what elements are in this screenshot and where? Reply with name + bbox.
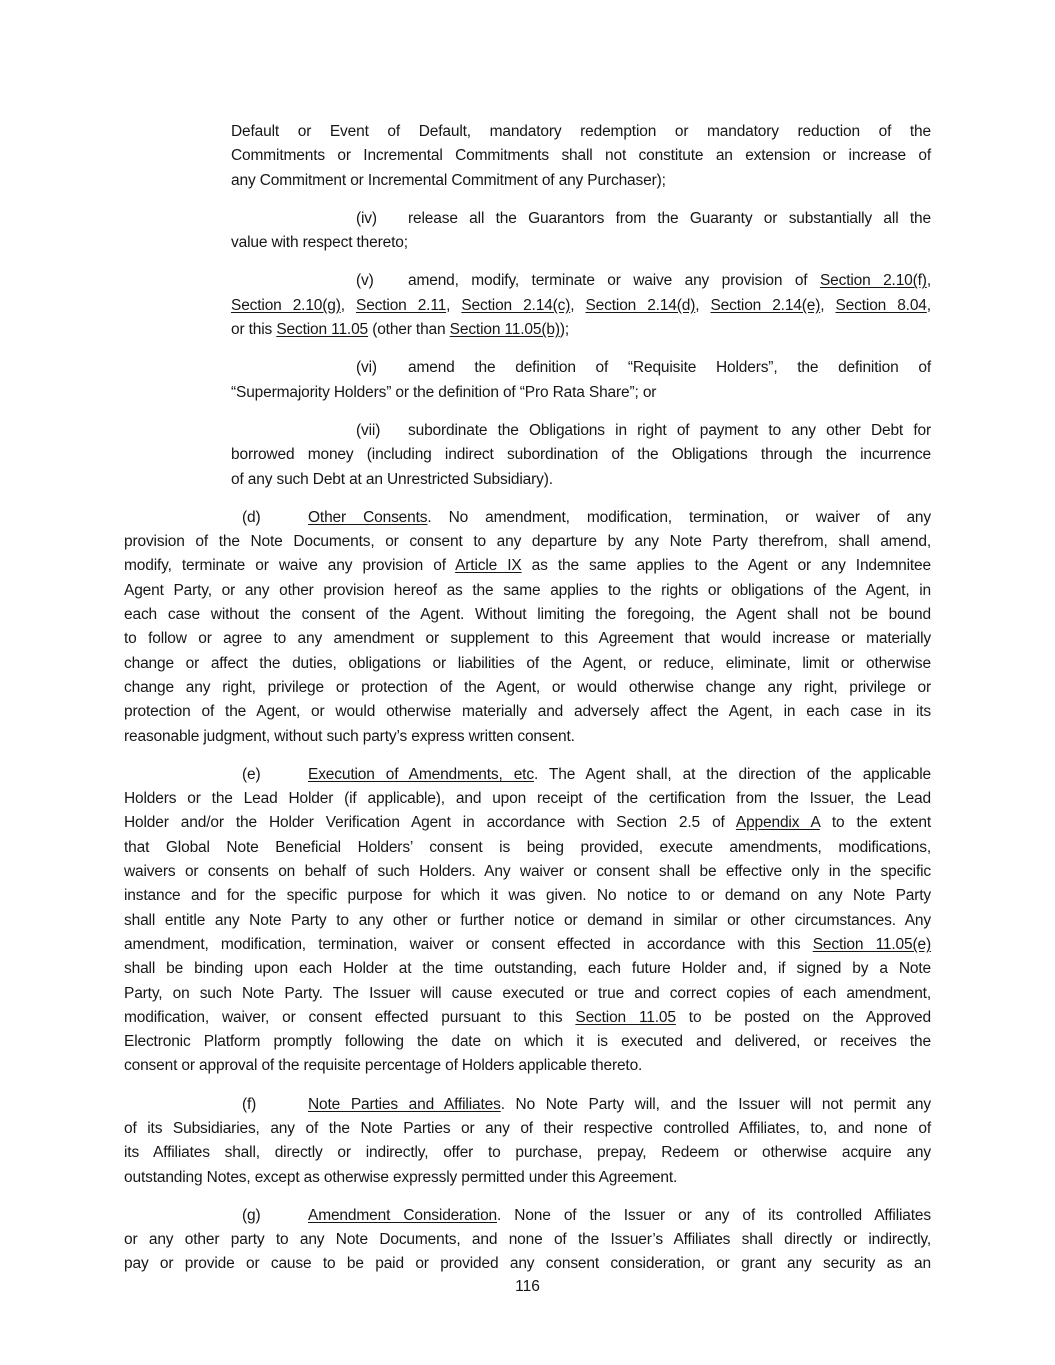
text-run: subordinate the Obligations in right of … [408,422,931,439]
text-run: provision of the Note Documents, or cons… [124,533,931,550]
clause-label: (e) [242,763,308,787]
text-line: “Supermajority Holders” or the definitio… [231,381,931,405]
text-run: , [820,297,835,314]
text-run: shall be binding upon each Holder at the… [124,960,931,977]
clause-label: (iv) [356,207,408,231]
clause-label: (d) [242,506,308,530]
text-run: borrowed money (including indirect subor… [231,446,931,463]
text-line: (vi)amend the definition of “Requisite H… [231,356,931,380]
text-run: . No Note Party will, and the Issuer wil… [501,1096,931,1113]
clause-label: (g) [242,1204,308,1228]
underlined-reference: Section 2.14(e) [710,297,820,314]
text-line: or any other party to any Note Documents… [124,1228,931,1252]
text-run: Agent Party, or any other provision here… [124,582,931,599]
underlined-reference: Article IX [455,557,521,574]
underlined-reference: Section 2.10(g) [231,297,341,314]
text-line: change or affect the duties, obligations… [124,652,931,676]
paragraph-clause-vii: (vii)subordinate the Obligations in righ… [231,419,931,492]
text-run: Commitments or Incremental Commitments s… [231,147,931,164]
text-run: Holders or the Lead Holder (if applicabl… [124,790,931,807]
text-line: Default or Event of Default, mandatory r… [231,120,931,144]
text-run: , [341,297,356,314]
text-run: or any other party to any Note Documents… [124,1231,931,1248]
text-run: (other than [368,321,450,338]
text-line: provision of the Note Documents, or cons… [124,530,931,554]
text-run: , [927,297,931,314]
text-line: pay or provide or cause to be paid or pr… [124,1252,931,1276]
text-run: of any such Debt at an Unrestricted Subs… [231,471,553,488]
underlined-reference: Section 2.14(d) [585,297,695,314]
paragraph-clause-iv: (iv)release all the Guarantors from the … [231,207,931,256]
text-line: (vii)subordinate the Obligations in righ… [231,419,931,443]
page-number: 116 [0,1278,1055,1296]
underlined-reference: Section 11.05 [575,1009,675,1026]
text-run: instance and for the specific purpose fo… [124,887,931,904]
paragraph-clause-d-other-consents: (d)Other Consents. No amendment, modific… [124,506,931,749]
text-run: to be posted on the Approved [676,1009,931,1026]
text-line: any Commitment or Incremental Commitment… [231,169,931,193]
text-line: value with respect thereto; [231,231,931,255]
text-run: each case without the consent of the Age… [124,606,931,623]
text-run: reasonable judgment, without such party’… [124,728,575,745]
underlined-reference: Section 11.05 [276,321,368,338]
text-run: release all the Guarantors from the Guar… [408,210,931,227]
text-line: that Global Note Beneficial Holders’ con… [124,836,931,860]
text-line: (g)Amendment Consideration. None of the … [124,1204,931,1228]
text-run: or this [231,321,276,338]
text-run: that Global Note Beneficial Holders’ con… [124,839,931,856]
text-line: each case without the consent of the Age… [124,603,931,627]
text-run: , [695,297,710,314]
text-run: , [927,272,931,289]
text-run: . No amendment, modification, terminatio… [427,509,931,526]
text-run: pay or provide or cause to be paid or pr… [124,1255,931,1272]
paragraph-clause-g-amendment-consideration: (g)Amendment Consideration. None of the … [124,1204,931,1277]
clause-label: (vii) [356,419,408,443]
text-run: “Supermajority Holders” or the definitio… [231,384,656,401]
text-line: Holders or the Lead Holder (if applicabl… [124,787,931,811]
text-run: change or affect the duties, obligations… [124,655,931,672]
text-run: amend the definition of “Requisite Holde… [408,359,931,376]
text-line: Electronic Platform promptly following t… [124,1030,931,1054]
underlined-reference: Section 2.10(f) [820,272,927,289]
text-line: Party, on such Note Party. The Issuer wi… [124,982,931,1006]
indent-spacer [231,222,356,223]
text-line: its Affiliates shall, directly or indire… [124,1141,931,1165]
indent-spacer [124,1219,242,1220]
paragraph-clause-vi: (vi)amend the definition of “Requisite H… [231,356,931,405]
text-run: modify, terminate or waive any provision… [124,557,455,574]
text-line: or this Section 11.05 (other than Sectio… [231,318,931,342]
underlined-reference: Section 11.05(e) [813,936,931,953]
text-line: borrowed money (including indirect subor… [231,443,931,467]
text-run: consent or approval of the requisite per… [124,1057,642,1074]
text-line: (v)amend, modify, terminate or waive any… [231,269,931,293]
text-line: modify, terminate or waive any provision… [124,554,931,578]
text-run: Party, on such Note Party. The Issuer wi… [124,985,931,1002]
text-run: value with respect thereto; [231,234,408,251]
text-run: as the same applies to the Agent or any … [522,557,931,574]
text-line: Holder and/or the Holder Verification Ag… [124,811,931,835]
indent-spacer [231,434,356,435]
text-line: (f)Note Parties and Affiliates. No Note … [124,1093,931,1117]
text-run: of its Subsidiaries, any of the Note Par… [124,1120,931,1137]
text-line: shall entitle any Note Party to any othe… [124,909,931,933]
text-run: outstanding Notes, except as otherwise e… [124,1169,677,1186]
text-run: . The Agent shall, at the direction of t… [534,766,931,783]
paragraph-clause-iii-continuation: Default or Event of Default, mandatory r… [231,120,931,193]
text-run: modification, waiver, or consent effecte… [124,1009,575,1026]
text-line: modification, waiver, or consent effecte… [124,1006,931,1030]
indent-spacer [124,1108,242,1109]
paragraph-clause-e-execution-of-amendments: (e)Execution of Amendments, etc. The Age… [124,763,931,1079]
underlined-reference: Execution of Amendments, etc [308,766,534,783]
text-run: to the extent [820,814,931,831]
text-run: ); [560,321,569,338]
text-line: of its Subsidiaries, any of the Note Par… [124,1117,931,1141]
clause-label: (f) [242,1093,308,1117]
text-run: Holder and/or the Holder Verification Ag… [124,814,736,831]
clause-label: (vi) [356,356,408,380]
text-run: change any right, privilege or protectio… [124,679,931,696]
underlined-reference: Other Consents [308,509,427,526]
text-run: Default or Event of Default, mandatory r… [231,123,931,140]
text-line: (d)Other Consents. No amendment, modific… [124,506,931,530]
text-line: to follow or agree to any amendment or s… [124,627,931,651]
text-run: waivers or consents on behalf of such Ho… [124,863,931,880]
clause-label: (v) [356,269,408,293]
text-line: Section 2.10(g), Section 2.11, Section 2… [231,294,931,318]
text-line: (e)Execution of Amendments, etc. The Age… [124,763,931,787]
indent-spacer [231,371,356,372]
text-line: protection of the Agent, or would otherw… [124,700,931,724]
text-run: to follow or agree to any amendment or s… [124,630,931,647]
indent-spacer [124,778,242,779]
text-run: . None of the Issuer or any of its contr… [497,1207,931,1224]
document-body: Default or Event of Default, mandatory r… [124,120,931,1277]
text-line: of any such Debt at an Unrestricted Subs… [231,468,931,492]
underlined-reference: Note Parties and Affiliates [308,1096,501,1113]
text-run: Electronic Platform promptly following t… [124,1033,931,1050]
text-line: shall be binding upon each Holder at the… [124,957,931,981]
text-line: amendment, modification, termination, wa… [124,933,931,957]
underlined-reference: Amendment Consideration [308,1207,497,1224]
text-line: reasonable judgment, without such party’… [124,725,931,749]
text-run: shall entitle any Note Party to any othe… [124,912,931,929]
text-line: change any right, privilege or protectio… [124,676,931,700]
text-line: Agent Party, or any other provision here… [124,579,931,603]
text-run: , [446,297,461,314]
underlined-reference: Section 11.05(b) [450,321,560,338]
text-line: outstanding Notes, except as otherwise e… [124,1166,931,1190]
underlined-reference: Section 2.14(c) [461,297,570,314]
paragraph-clause-f-note-parties-and-affiliates: (f)Note Parties and Affiliates. No Note … [124,1093,931,1190]
text-run: protection of the Agent, or would otherw… [124,703,931,720]
text-line: instance and for the specific purpose fo… [124,884,931,908]
text-line: Commitments or Incremental Commitments s… [231,144,931,168]
underlined-reference: Section 8.04 [835,297,926,314]
text-line: waivers or consents on behalf of such Ho… [124,860,931,884]
underlined-reference: Appendix A [736,814,820,831]
text-run: its Affiliates shall, directly or indire… [124,1144,931,1161]
underlined-reference: Section 2.11 [356,297,446,314]
indent-spacer [124,521,242,522]
paragraph-clause-v: (v)amend, modify, terminate or waive any… [231,269,931,342]
text-line: consent or approval of the requisite per… [124,1054,931,1078]
text-run: , [570,297,585,314]
text-run: amend, modify, terminate or waive any pr… [408,272,820,289]
text-run: any Commitment or Incremental Commitment… [231,172,666,189]
text-run: amendment, modification, termination, wa… [124,936,813,953]
text-line: (iv)release all the Guarantors from the … [231,207,931,231]
indent-spacer [231,284,356,285]
